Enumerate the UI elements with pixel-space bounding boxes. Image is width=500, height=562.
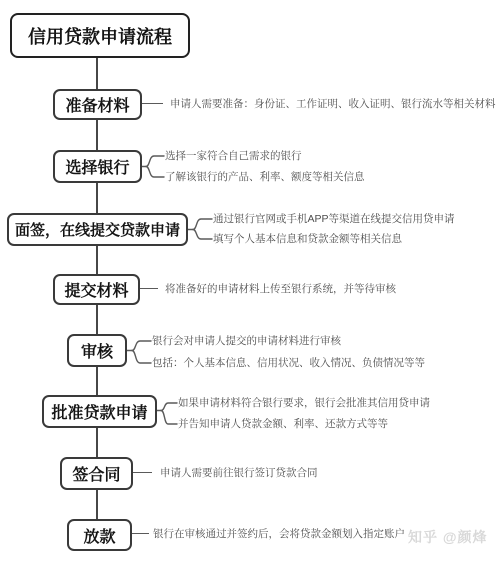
flowchart-canvas: 信用贷款申请流程 准备材料 申请人需要准备：身份证、工作证明、收入证明、银行流水… — [0, 0, 500, 562]
step-note: 并告知申请人贷款金额、利率、还款方式等等 — [178, 417, 388, 431]
step-box-submit-loan-application: 面签，在线提交贷款申请 — [7, 213, 188, 246]
step-note: 银行会对申请人提交的申请材料进行审核 — [152, 334, 341, 348]
fork-connector-step2 — [141, 148, 165, 184]
step-label: 准备材料 — [65, 93, 129, 116]
step-note: 选择一家符合自己需求的银行 — [165, 149, 302, 163]
step-box-sign-contract: 签合同 — [60, 457, 133, 490]
step-note: 申请人需要准备：身份证、工作证明、收入证明、银行流水等相关材料 — [170, 97, 496, 111]
fork-connector-step6 — [157, 394, 178, 428]
step-box-disburse-funds: 放款 — [67, 519, 132, 551]
step-box-review: 审核 — [67, 334, 127, 367]
step-note: 将准备好的申请材料上传至银行系统，并等待审核 — [165, 282, 396, 296]
step-label: 批准贷款申请 — [51, 400, 147, 423]
step-note: 如果申请材料符合银行要求，银行会批准其信用贷申请 — [178, 396, 430, 410]
connector-line-step4 — [140, 288, 158, 289]
step-note: 通过银行官网或手机APP等渠道在线提交信用贷申请 — [213, 212, 455, 226]
connector-line-step7 — [133, 472, 152, 473]
step-label: 签合同 — [72, 462, 120, 485]
step-box-choose-bank: 选择银行 — [53, 150, 142, 183]
step-note: 了解该银行的产品、利率、额度等相关信息 — [165, 170, 365, 184]
step-note: 申请人需要前往银行签订贷款合同 — [160, 466, 318, 480]
step-note: 填写个人基本信息和贷款金额等相关信息 — [213, 232, 402, 246]
watermark: 知乎 @颜烽 — [408, 527, 488, 547]
step-box-submit-materials: 提交材料 — [53, 274, 140, 305]
flowchart-title: 信用贷款申请流程 — [28, 23, 172, 49]
fork-connector-step5 — [127, 332, 152, 368]
step-label: 提交材料 — [64, 278, 128, 301]
step-label: 选择银行 — [65, 155, 129, 178]
step-note: 银行在审核通过并签约后，会将贷款金额划入指定账户 — [153, 527, 405, 541]
step-box-prepare-materials: 准备材料 — [53, 89, 142, 120]
fork-connector-step3 — [188, 211, 213, 245]
step-box-approve-loan: 批准贷款申请 — [42, 395, 157, 428]
connector-line-step8 — [132, 533, 149, 534]
flowchart-title-box: 信用贷款申请流程 — [10, 13, 190, 58]
step-note: 包括：个人基本信息、信用状况、收入情况、负债情况等等 — [152, 356, 425, 370]
step-label: 放款 — [83, 524, 115, 547]
connector-line-step1 — [142, 103, 163, 104]
step-label: 审核 — [81, 339, 113, 362]
step-label: 面签，在线提交贷款申请 — [15, 219, 180, 240]
